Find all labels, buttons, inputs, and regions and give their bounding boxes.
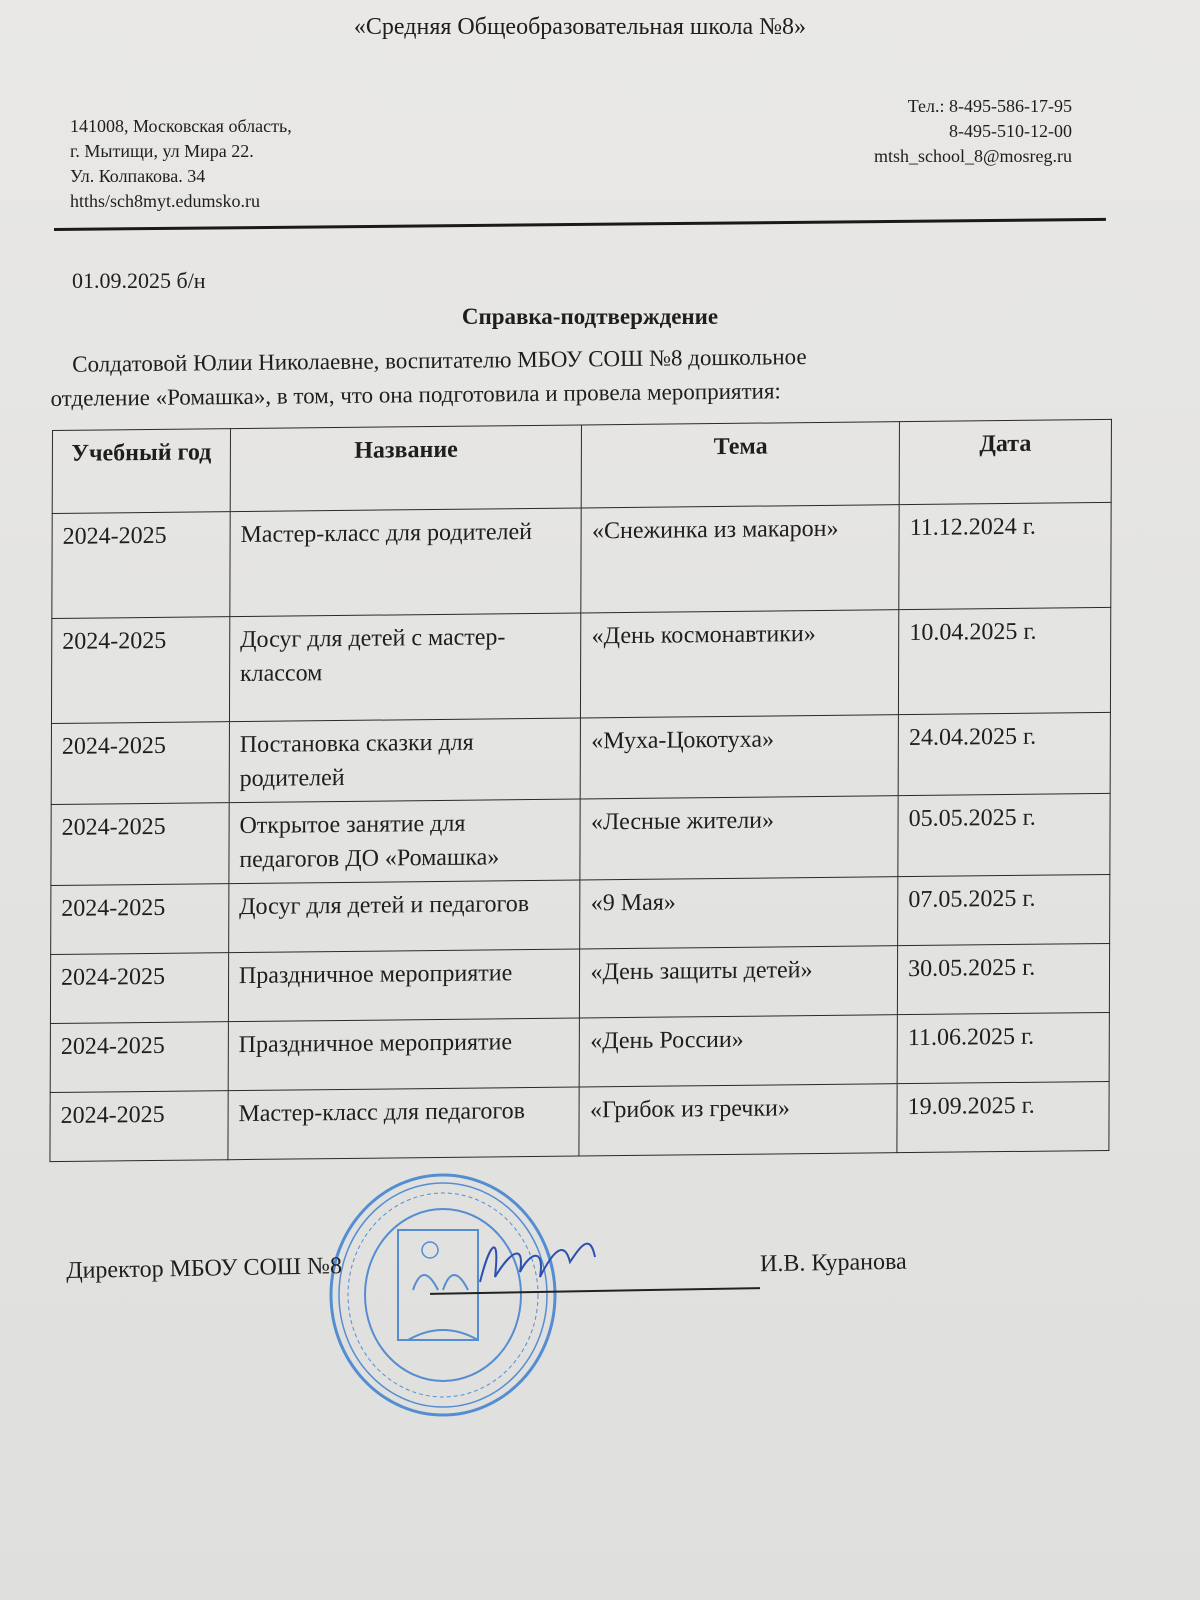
- cell-theme: «Муха-Цокотуха»: [581, 715, 899, 799]
- director-name: И.В. Куранова: [760, 1249, 907, 1279]
- cell-name: Праздничное мероприятие: [228, 1018, 580, 1091]
- cell-date: 10.04.2025 г.: [899, 607, 1111, 714]
- table-row: 2024-2025 Мастер-класс для педагогов «Гр…: [50, 1081, 1109, 1161]
- cell-year: 2024-2025: [51, 722, 229, 805]
- document-title: Справка-подтверждение: [0, 304, 1180, 330]
- cell-theme: «День защиты детей»: [580, 946, 898, 1018]
- cell-name: Досуг для детей и педагогов: [229, 880, 581, 953]
- header-name: Название: [230, 425, 582, 512]
- email: mtsh_school_8@mosreg.ru: [874, 144, 1072, 169]
- school-name: «Средняя Общеобразовательная школа №8»: [0, 14, 1160, 41]
- cell-date: 11.12.2024 г.: [899, 502, 1111, 609]
- cell-year: 2024-2025: [51, 884, 229, 955]
- cell-name: Постановка сказки для родителей: [229, 718, 581, 803]
- cell-date: 19.09.2025 г.: [897, 1081, 1109, 1152]
- document-date: 01.09.2025 б/н: [72, 268, 206, 294]
- cell-theme: «Грибок из гречки»: [579, 1084, 897, 1156]
- cell-theme: «День России»: [580, 1015, 898, 1087]
- table-row: 2024-2025 Открытое занятие для педагогов…: [51, 793, 1110, 885]
- intro-paragraph: Солдатовой Юлии Николаевне, воспитателю …: [50, 338, 1051, 416]
- phone-1: Тел.: 8-495-586-17-95: [874, 94, 1072, 119]
- cell-year: 2024-2025: [50, 953, 228, 1024]
- cell-date: 05.05.2025 г.: [898, 793, 1110, 876]
- address-line: Ул. Колпакова. 34: [70, 164, 292, 189]
- cell-theme: «Снежинка из макарон»: [581, 505, 899, 613]
- document-page: «Средняя Общеобразовательная школа №8» 1…: [0, 0, 1200, 1600]
- cell-theme: «Лесные жители»: [580, 796, 898, 880]
- cell-name: Мастер-класс для педагогов: [228, 1087, 580, 1160]
- cell-year: 2024-2025: [51, 803, 229, 886]
- cell-year: 2024-2025: [51, 617, 229, 724]
- website: htths/sch8myt.edumsko.ru: [70, 189, 292, 214]
- table-row: 2024-2025 Досуг для детей с мастер-класс…: [51, 607, 1110, 723]
- events-table: Учебный год Название Тема Дата 2024-2025…: [49, 419, 1111, 1162]
- header-date: Дата: [899, 419, 1111, 504]
- table-row: 2024-2025 Досуг для детей и педагогов «9…: [51, 874, 1110, 954]
- address-line: г. Мытищи, ул Мира 22.: [70, 139, 292, 164]
- cell-year: 2024-2025: [50, 1091, 228, 1162]
- cell-name: Мастер-класс для родителей: [230, 508, 582, 617]
- table-header-row: Учебный год Название Тема Дата: [52, 419, 1111, 513]
- address-line: 141008, Московская область,: [70, 114, 292, 139]
- cell-name: Открытое занятие для педагогов ДО «Ромаш…: [229, 799, 581, 884]
- cell-date: 30.05.2025 г.: [898, 943, 1110, 1014]
- cell-theme: «День космонавтики»: [581, 610, 899, 718]
- director-position: Директор МБОУ СОШ №8: [66, 1253, 342, 1285]
- header-theme: Тема: [582, 422, 900, 508]
- cell-date: 24.04.2025 г.: [898, 712, 1110, 795]
- header-year: Учебный год: [52, 429, 230, 514]
- cell-date: 11.06.2025 г.: [897, 1012, 1109, 1083]
- cell-year: 2024-2025: [50, 1022, 228, 1093]
- phone-2: 8-495-510-12-00: [874, 119, 1072, 144]
- table-row: 2024-2025 Мастер-класс для родителей «Сн…: [52, 502, 1111, 618]
- school-contacts: Тел.: 8-495-586-17-95 8-495-510-12-00 mt…: [874, 94, 1072, 169]
- table-row: 2024-2025 Постановка сказки для родителе…: [51, 712, 1110, 804]
- cell-year: 2024-2025: [52, 512, 230, 619]
- table-row: 2024-2025 Праздничное мероприятие «День …: [50, 1012, 1109, 1092]
- cell-name: Досуг для детей с мастер-классом: [229, 613, 581, 722]
- cell-name: Праздничное мероприятие: [228, 949, 580, 1022]
- cell-date: 07.05.2025 г.: [898, 874, 1110, 945]
- header-divider: [54, 218, 1106, 231]
- school-address: 141008, Московская область, г. Мытищи, у…: [70, 114, 292, 214]
- table-row: 2024-2025 Праздничное мероприятие «День …: [50, 943, 1109, 1023]
- cell-theme: «9 Мая»: [580, 877, 898, 949]
